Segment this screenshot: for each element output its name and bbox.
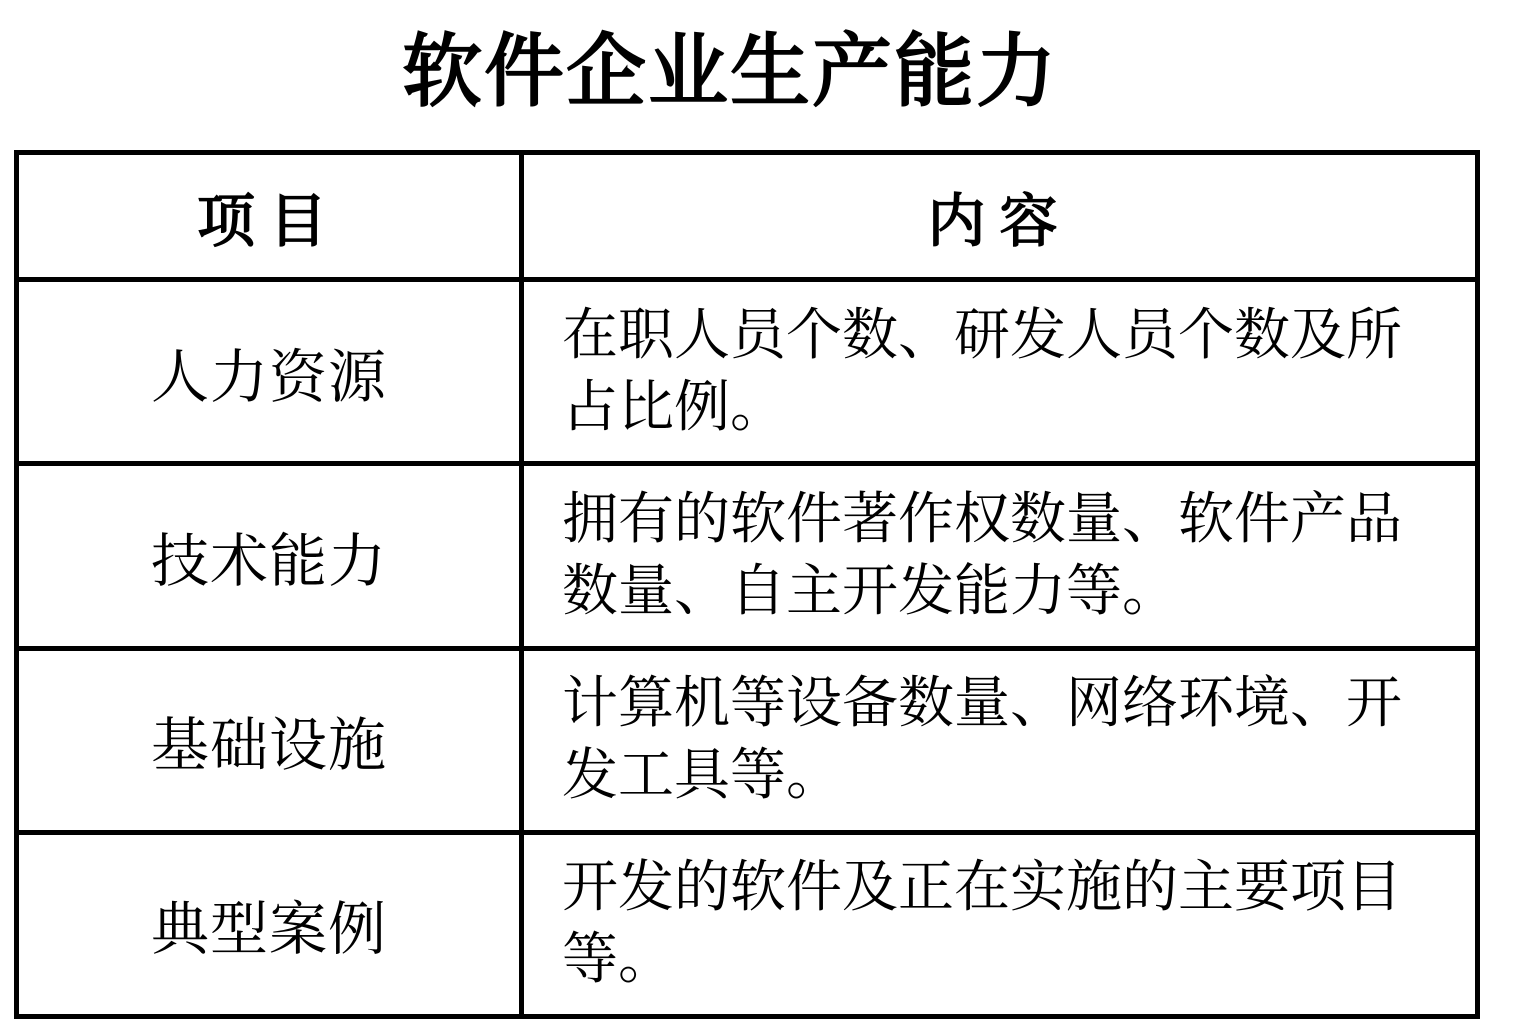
row-item-label: 人力资源 [17, 280, 522, 464]
row-item-label: 典型案例 [17, 832, 522, 1016]
table-row: 典型案例 开发的软件及正在实施的主要项目等。 [17, 832, 1478, 1016]
row-content: 拥有的软件著作权数量、软件产品数量、自主开发能力等。 [522, 464, 1478, 648]
row-content: 计算机等设备数量、网络环境、开发工具等。 [522, 648, 1478, 832]
page-title: 软件企业生产能力 [0, 22, 1460, 122]
row-content: 开发的软件及正在实施的主要项目等。 [522, 832, 1478, 1016]
row-item-label: 技术能力 [17, 464, 522, 648]
table-header-row: 项目 内容 [17, 153, 1478, 280]
row-item-label: 基础设施 [17, 648, 522, 832]
header-item: 项目 [17, 153, 522, 280]
table-row: 技术能力 拥有的软件著作权数量、软件产品数量、自主开发能力等。 [17, 464, 1478, 648]
table-row: 基础设施 计算机等设备数量、网络环境、开发工具等。 [17, 648, 1478, 832]
header-content: 内容 [522, 153, 1478, 280]
row-content: 在职人员个数、研发人员个数及所占比例。 [522, 280, 1478, 464]
table-row: 人力资源 在职人员个数、研发人员个数及所占比例。 [17, 280, 1478, 464]
capability-table: 项目 内容 人力资源 在职人员个数、研发人员个数及所占比例。 技术能力 拥有的软… [14, 150, 1480, 1019]
